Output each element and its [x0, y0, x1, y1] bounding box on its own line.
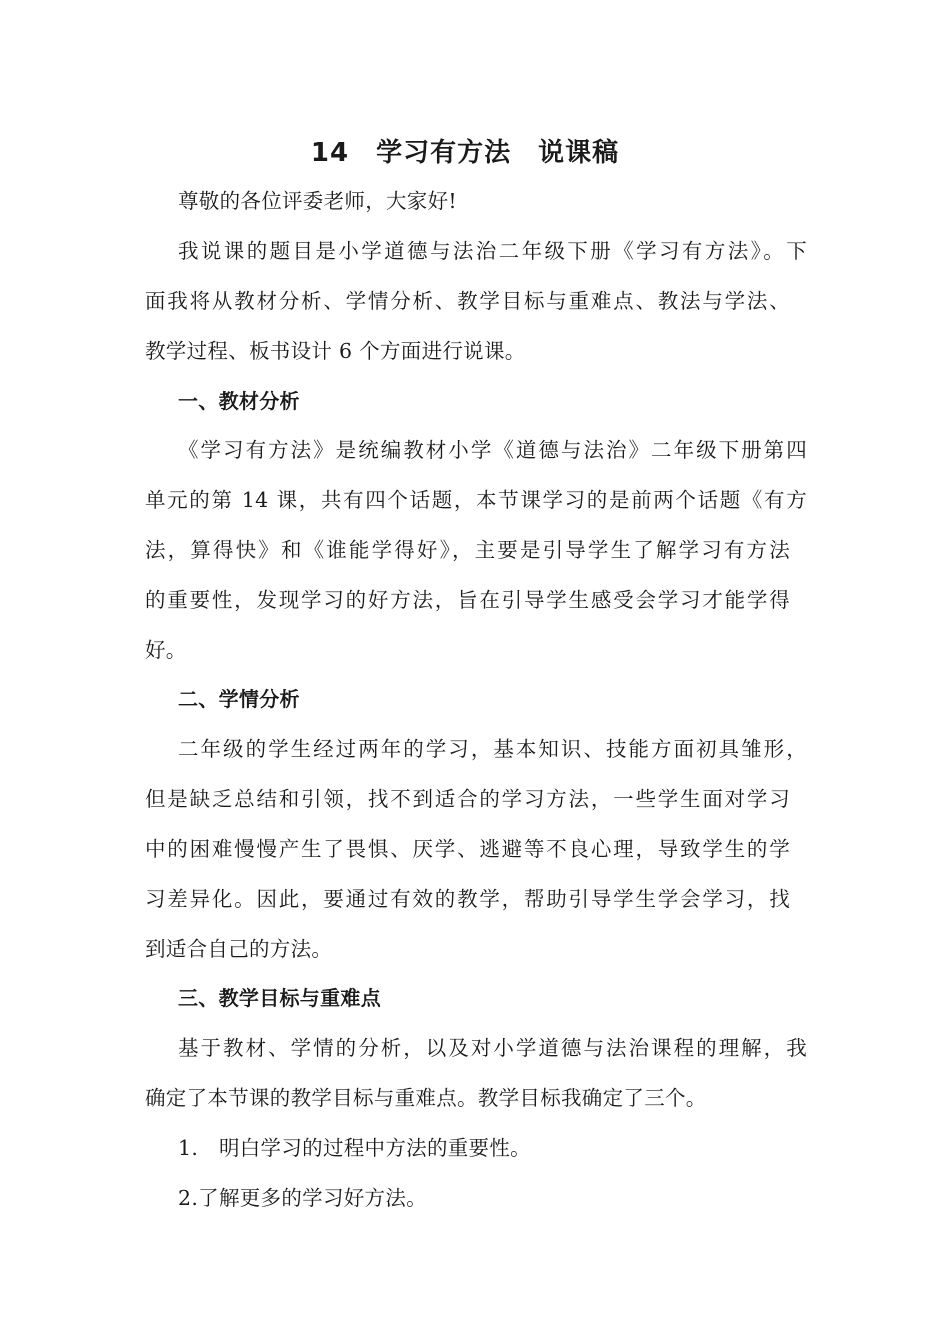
section2-line-3: 中的困难慢慢产生了畏惧、厌学、逃避等不良心理，导致学生的学: [145, 834, 790, 864]
intro-line-3: 教学过程、板书设计 6 个方面进行说课。: [145, 336, 526, 366]
section-heading-2: 二、学情分析: [178, 684, 300, 714]
section-heading-3: 三、教学目标与重难点: [178, 983, 381, 1013]
section2-line-2: 但是缺乏总结和引领，找不到适合的学习方法，一些学生面对学习: [145, 784, 790, 814]
goal-item-2: 2.了解更多的学习好方法。: [178, 1183, 427, 1213]
section1-line-5: 好。: [145, 635, 187, 665]
section3-line-1: 基于教材、学情的分析，以及对小学道德与法治课程的理解，我: [178, 1033, 807, 1063]
section1-line-4: 的重要性，发现学习的好方法，旨在引导学生感受会学习才能学得: [145, 585, 790, 615]
section1-line-3: 法，算得快》和《谁能学得好》，主要是引导学生了解学习有方法: [145, 535, 790, 565]
greeting: 尊敬的各位评委老师，大家好!: [178, 186, 457, 216]
document-title: 14 学习有方法 说课稿: [115, 132, 815, 169]
section2-line-5: 到适合自己的方法。: [145, 934, 332, 964]
intro-line-2: 面我将从教材分析、学情分析、教学目标与重难点、教法与学法、: [145, 286, 790, 316]
section-heading-1: 一、教材分析: [178, 386, 300, 416]
section1-line-2: 单元的第 14 课，共有四个话题，本节课学习的是前两个话题《有方: [145, 485, 807, 515]
section2-line-1: 二年级的学生经过两年的学习，基本知识、技能方面初具雏形，: [178, 734, 807, 764]
section3-line-2: 确定了本节课的教学目标与重难点。教学目标我确定了三个。: [145, 1083, 707, 1113]
section1-line-1: 《学习有方法》是统编教材小学《道德与法治》二年级下册第四: [178, 435, 807, 465]
intro-line-1: 我说课的题目是小学道德与法治二年级下册《学习有方法》。下: [178, 236, 807, 266]
goal-item-1: 1. 明白学习的过程中方法的重要性。: [178, 1133, 531, 1163]
section2-line-4: 习差异化。因此，要通过有效的教学，帮助引导学生学会学习，找: [145, 884, 790, 914]
